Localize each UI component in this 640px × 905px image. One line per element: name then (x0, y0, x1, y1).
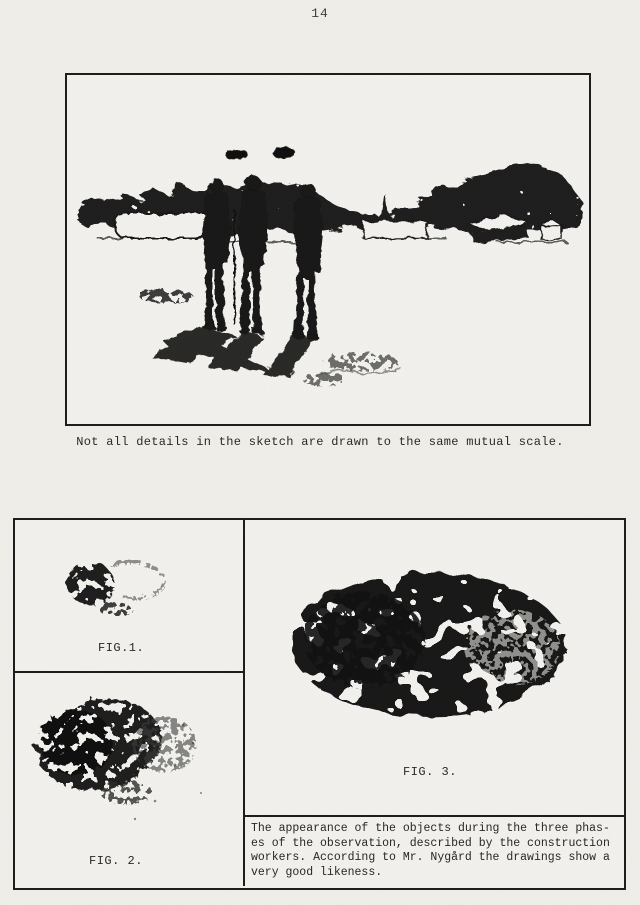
grass-tuft (140, 291, 194, 303)
church-spire (381, 193, 389, 220)
tank-building (115, 213, 215, 238)
fig2-drawing (15, 673, 243, 884)
fig3-cell: FIG. 3. (245, 520, 624, 817)
ufo-object-left (225, 148, 248, 161)
note-cell: The appearance of the objects during the… (245, 817, 624, 886)
note-line: very good likeness. (251, 866, 622, 881)
fig1-label: FIG.1. (98, 641, 144, 655)
page-number: 14 (0, 6, 640, 21)
note-line: The appearance of the objects during the… (251, 822, 622, 837)
fig2-cell: FIG. 2. (15, 673, 245, 886)
sketch-caption: Not all details in the sketch are drawn … (0, 435, 640, 449)
observers-shadow (151, 325, 314, 377)
fig1-cell: FIG.1. (15, 520, 245, 673)
document-page: 14 (0, 0, 640, 905)
ufo-object-right (272, 146, 297, 160)
figure-panel: FIG.1. FIG. 2. (13, 518, 626, 890)
observer-middle (238, 175, 268, 335)
observer-left (203, 179, 231, 331)
fig2-label: FIG. 2. (89, 854, 143, 868)
note-line: es of the observation, described by the … (251, 837, 622, 852)
fig3-label: FIG. 3. (403, 765, 457, 779)
observer-right (293, 183, 323, 340)
snow-scribble (303, 354, 400, 387)
white-building (363, 221, 427, 238)
sketch-scene (67, 75, 589, 424)
note-line: workers. According to Mr. Nygård the dra… (251, 851, 622, 866)
ski-pole (234, 210, 236, 325)
sketch-frame (65, 73, 591, 426)
observer-silhouettes (203, 175, 323, 340)
